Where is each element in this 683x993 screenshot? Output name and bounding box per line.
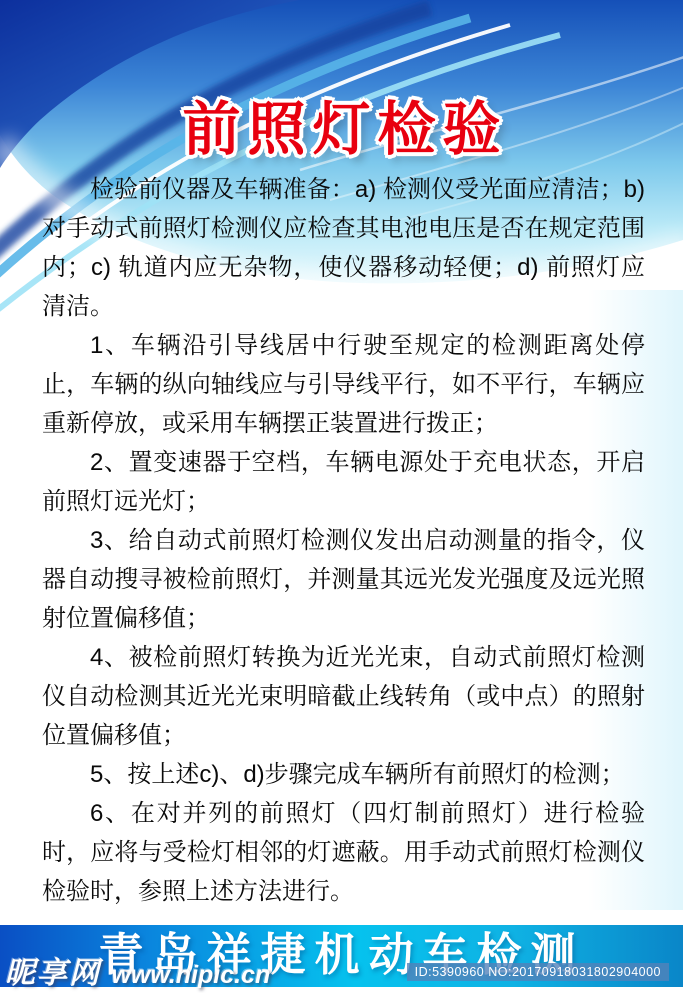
instruction-paragraph-step2: 2、置变速器于空档，车辆电源处于充电状态，开启前照灯远光灯； — [42, 443, 645, 521]
poster: 前照灯检验 检验前仪器及车辆准备：a) 检测仪受光面应清洁；b) 对手动式前照灯… — [0, 0, 683, 993]
instruction-paragraph-step1: 1、车辆沿引导线居中行驶至规定的检测距离处停止，车辆的纵向轴线应与引导线平行，如… — [42, 326, 645, 443]
instruction-paragraph-step5: 5、按上述c)、d)步骤完成车辆所有前照灯的检测； — [42, 755, 645, 794]
image-id-badge: ID:5390960 NO:20170918031802904000 — [407, 963, 669, 981]
watermark-site-url: www.nipic.cn — [111, 961, 270, 989]
watermark-site-name: 昵享网 — [5, 957, 101, 990]
page-title: 前照灯检验 — [0, 82, 683, 166]
instructions: 检验前仪器及车辆准备：a) 检测仪受光面应清洁；b) 对手动式前照灯检测仪应检查… — [42, 170, 645, 911]
instruction-paragraph-step4: 4、被检前照灯转换为近光光束，自动式前照灯检测仪自动检测其近光光束明暗截止线转角… — [42, 638, 645, 755]
instruction-paragraph-step6: 6、在对并列的前照灯（四灯制前照灯）进行检验时，应将与受检灯相邻的灯遮蔽。用手动… — [42, 794, 645, 911]
instruction-paragraph-step3: 3、给自动式前照灯检测仪发出启动测量的指令，仪器自动搜寻被检前照灯，并测量其远光… — [42, 521, 645, 638]
instruction-paragraph-preparation: 检验前仪器及车辆准备：a) 检测仪受光面应清洁；b) 对手动式前照灯检测仪应检查… — [42, 170, 645, 326]
watermark: 昵享网 www.nipic.cn — [5, 948, 270, 992]
